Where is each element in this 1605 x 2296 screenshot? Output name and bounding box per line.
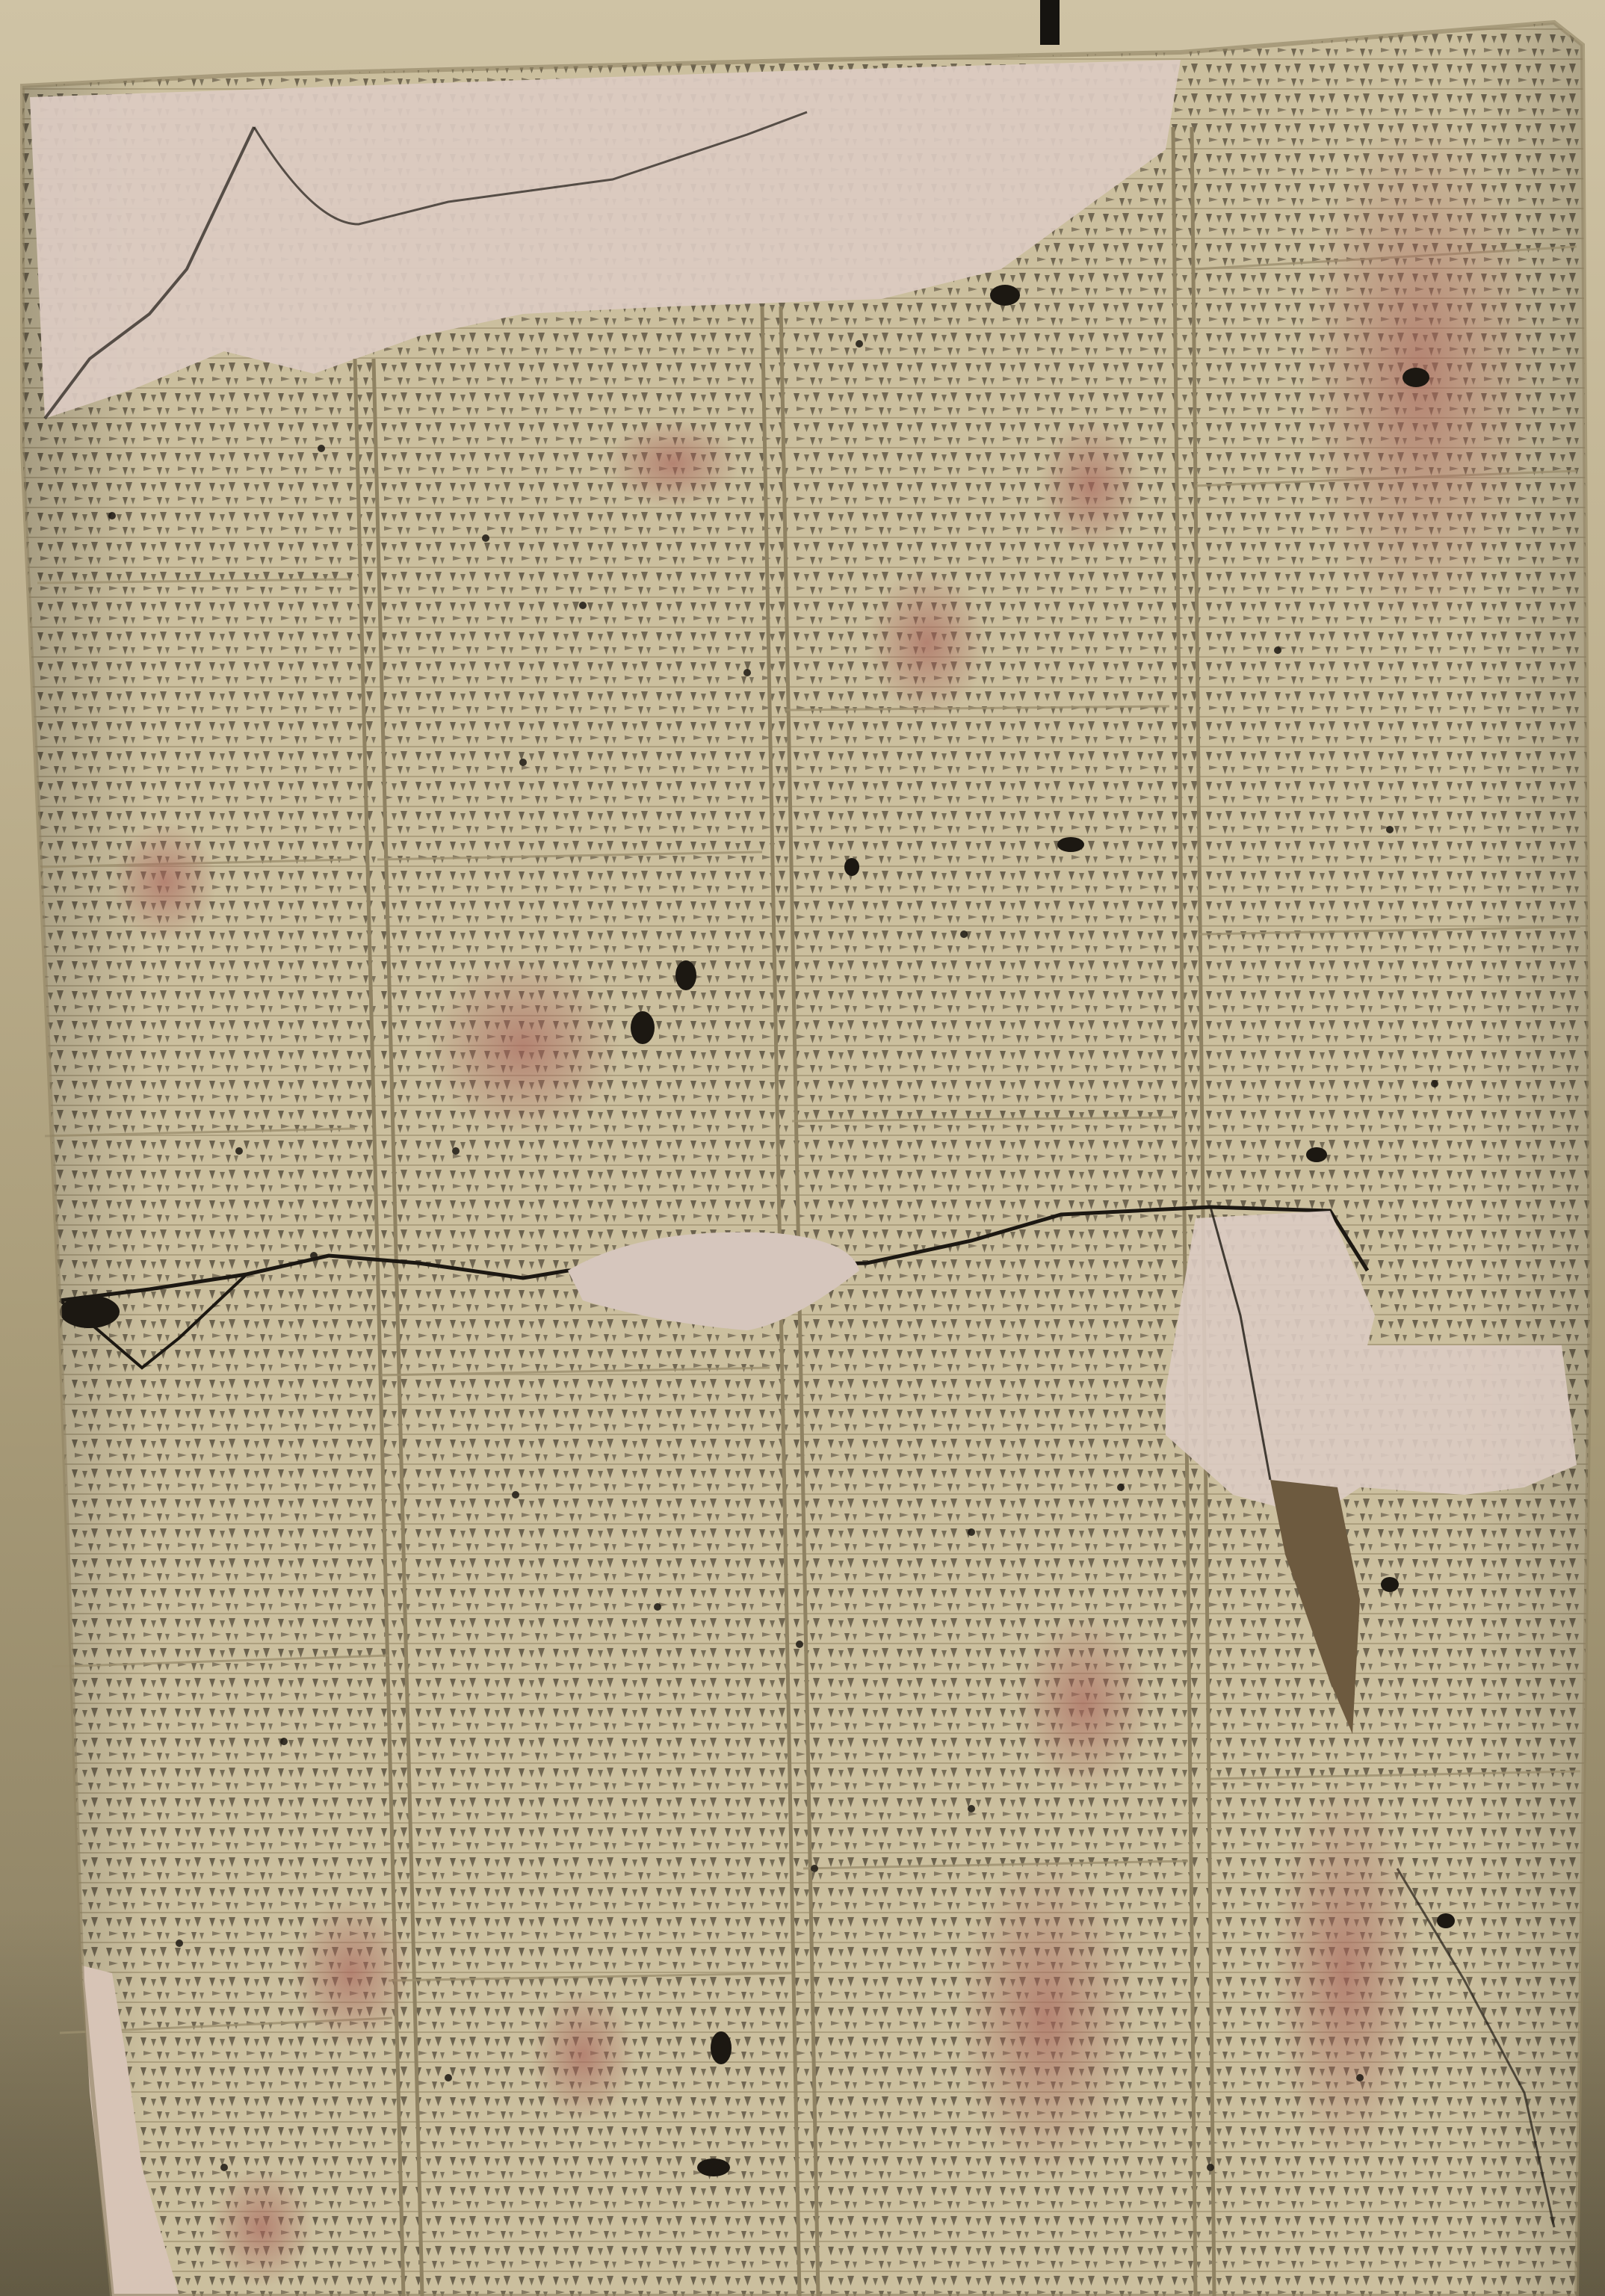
photo-scene xyxy=(0,0,1605,2296)
cuneiform-tablet xyxy=(0,0,1605,2296)
